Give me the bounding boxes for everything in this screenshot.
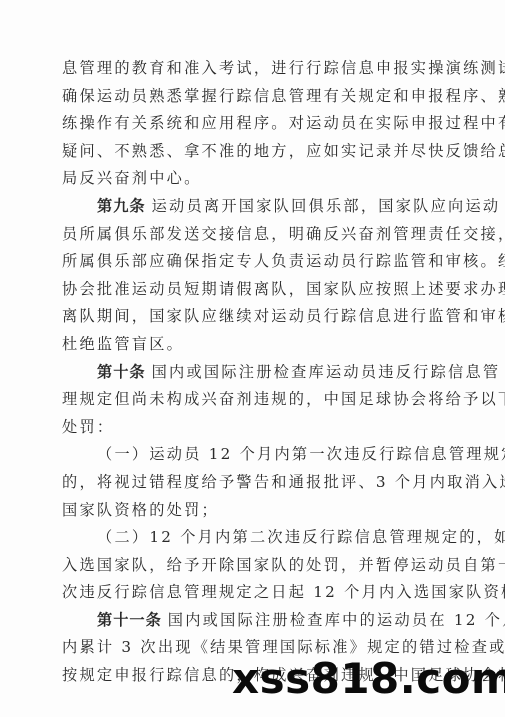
text-line: 次违反行踪信息管理规定之日起 12 个月内入选国家队资格。 [62, 579, 450, 607]
watermark: xss818.com [232, 654, 505, 704]
text-line: 入选国家队，给予开除国家队的处罚，并暂停运动员自第一 [62, 552, 450, 580]
text-line: 员所属俱乐部发送交接信息，明确反兴奋剂管理责任交接， [62, 221, 450, 249]
document-body: 息管理的教育和准入考试，进行行踪信息申报实操演练测试， 确保运动员熟悉掌握行踪信… [62, 55, 450, 690]
article-text: 国内或国际注册检查库运动员违反行踪信息管 [152, 363, 501, 381]
article-number: 第十一条 [97, 611, 162, 629]
article-11-line: 第十一条国内或国际注册检查库中的运动员在 12 个月 [62, 607, 450, 635]
text-line: 的，将视过错程度给予警告和通报批评、3 个月内取消入选 [62, 469, 450, 497]
text-line: 杜绝监管盲区。 [62, 331, 450, 359]
text-line: 确保运动员熟悉掌握行踪信息管理有关规定和申报程序、熟 [62, 83, 450, 111]
clause-1-line: （一）运动员 12 个月内第一次违反行踪信息管理规定 [62, 441, 450, 469]
article-text: 运动员离开国家队回俱乐部，国家队应向运动 [152, 197, 501, 215]
text-line: 疑问、不熟悉、拿不准的地方，应如实记录并尽快反馈给总 [62, 138, 450, 166]
text-line: 国家队资格的处罚； [62, 497, 450, 525]
text-line: 处罚： [62, 414, 450, 442]
article-10-line: 第十条国内或国际注册检查库运动员违反行踪信息管 [62, 359, 450, 387]
text-line: 息管理的教育和准入考试，进行行踪信息申报实操演练测试， [62, 55, 450, 83]
clause-2-line: （二）12 个月内第二次违反行踪信息管理规定的，如已 [62, 524, 450, 552]
article-text: 国内或国际注册检查库中的运动员在 12 个月 [168, 611, 505, 629]
document-page: 息管理的教育和准入考试，进行行踪信息申报实操演练测试， 确保运动员熟悉掌握行踪信… [0, 0, 505, 717]
article-number: 第九条 [97, 197, 146, 215]
text-line: 练操作有关系统和应用程序。对运动员在实际申报过程中有 [62, 110, 450, 138]
article-number: 第十条 [97, 363, 146, 381]
text-line: 局反兴奋剂中心。 [62, 165, 450, 193]
text-line: 离队期间，国家队应继续对运动员行踪信息进行监管和审核， [62, 303, 450, 331]
text-line: 所属俱乐部应确保指定专人负责运动员行踪监管和审核。经 [62, 248, 450, 276]
article-9-line: 第九条运动员离开国家队回俱乐部，国家队应向运动 [62, 193, 450, 221]
text-line: 协会批准运动员短期请假离队，国家队应按照上述要求办理， [62, 276, 450, 304]
text-line: 理规定但尚未构成兴奋剂违规的，中国足球协会将给予以下 [62, 386, 450, 414]
